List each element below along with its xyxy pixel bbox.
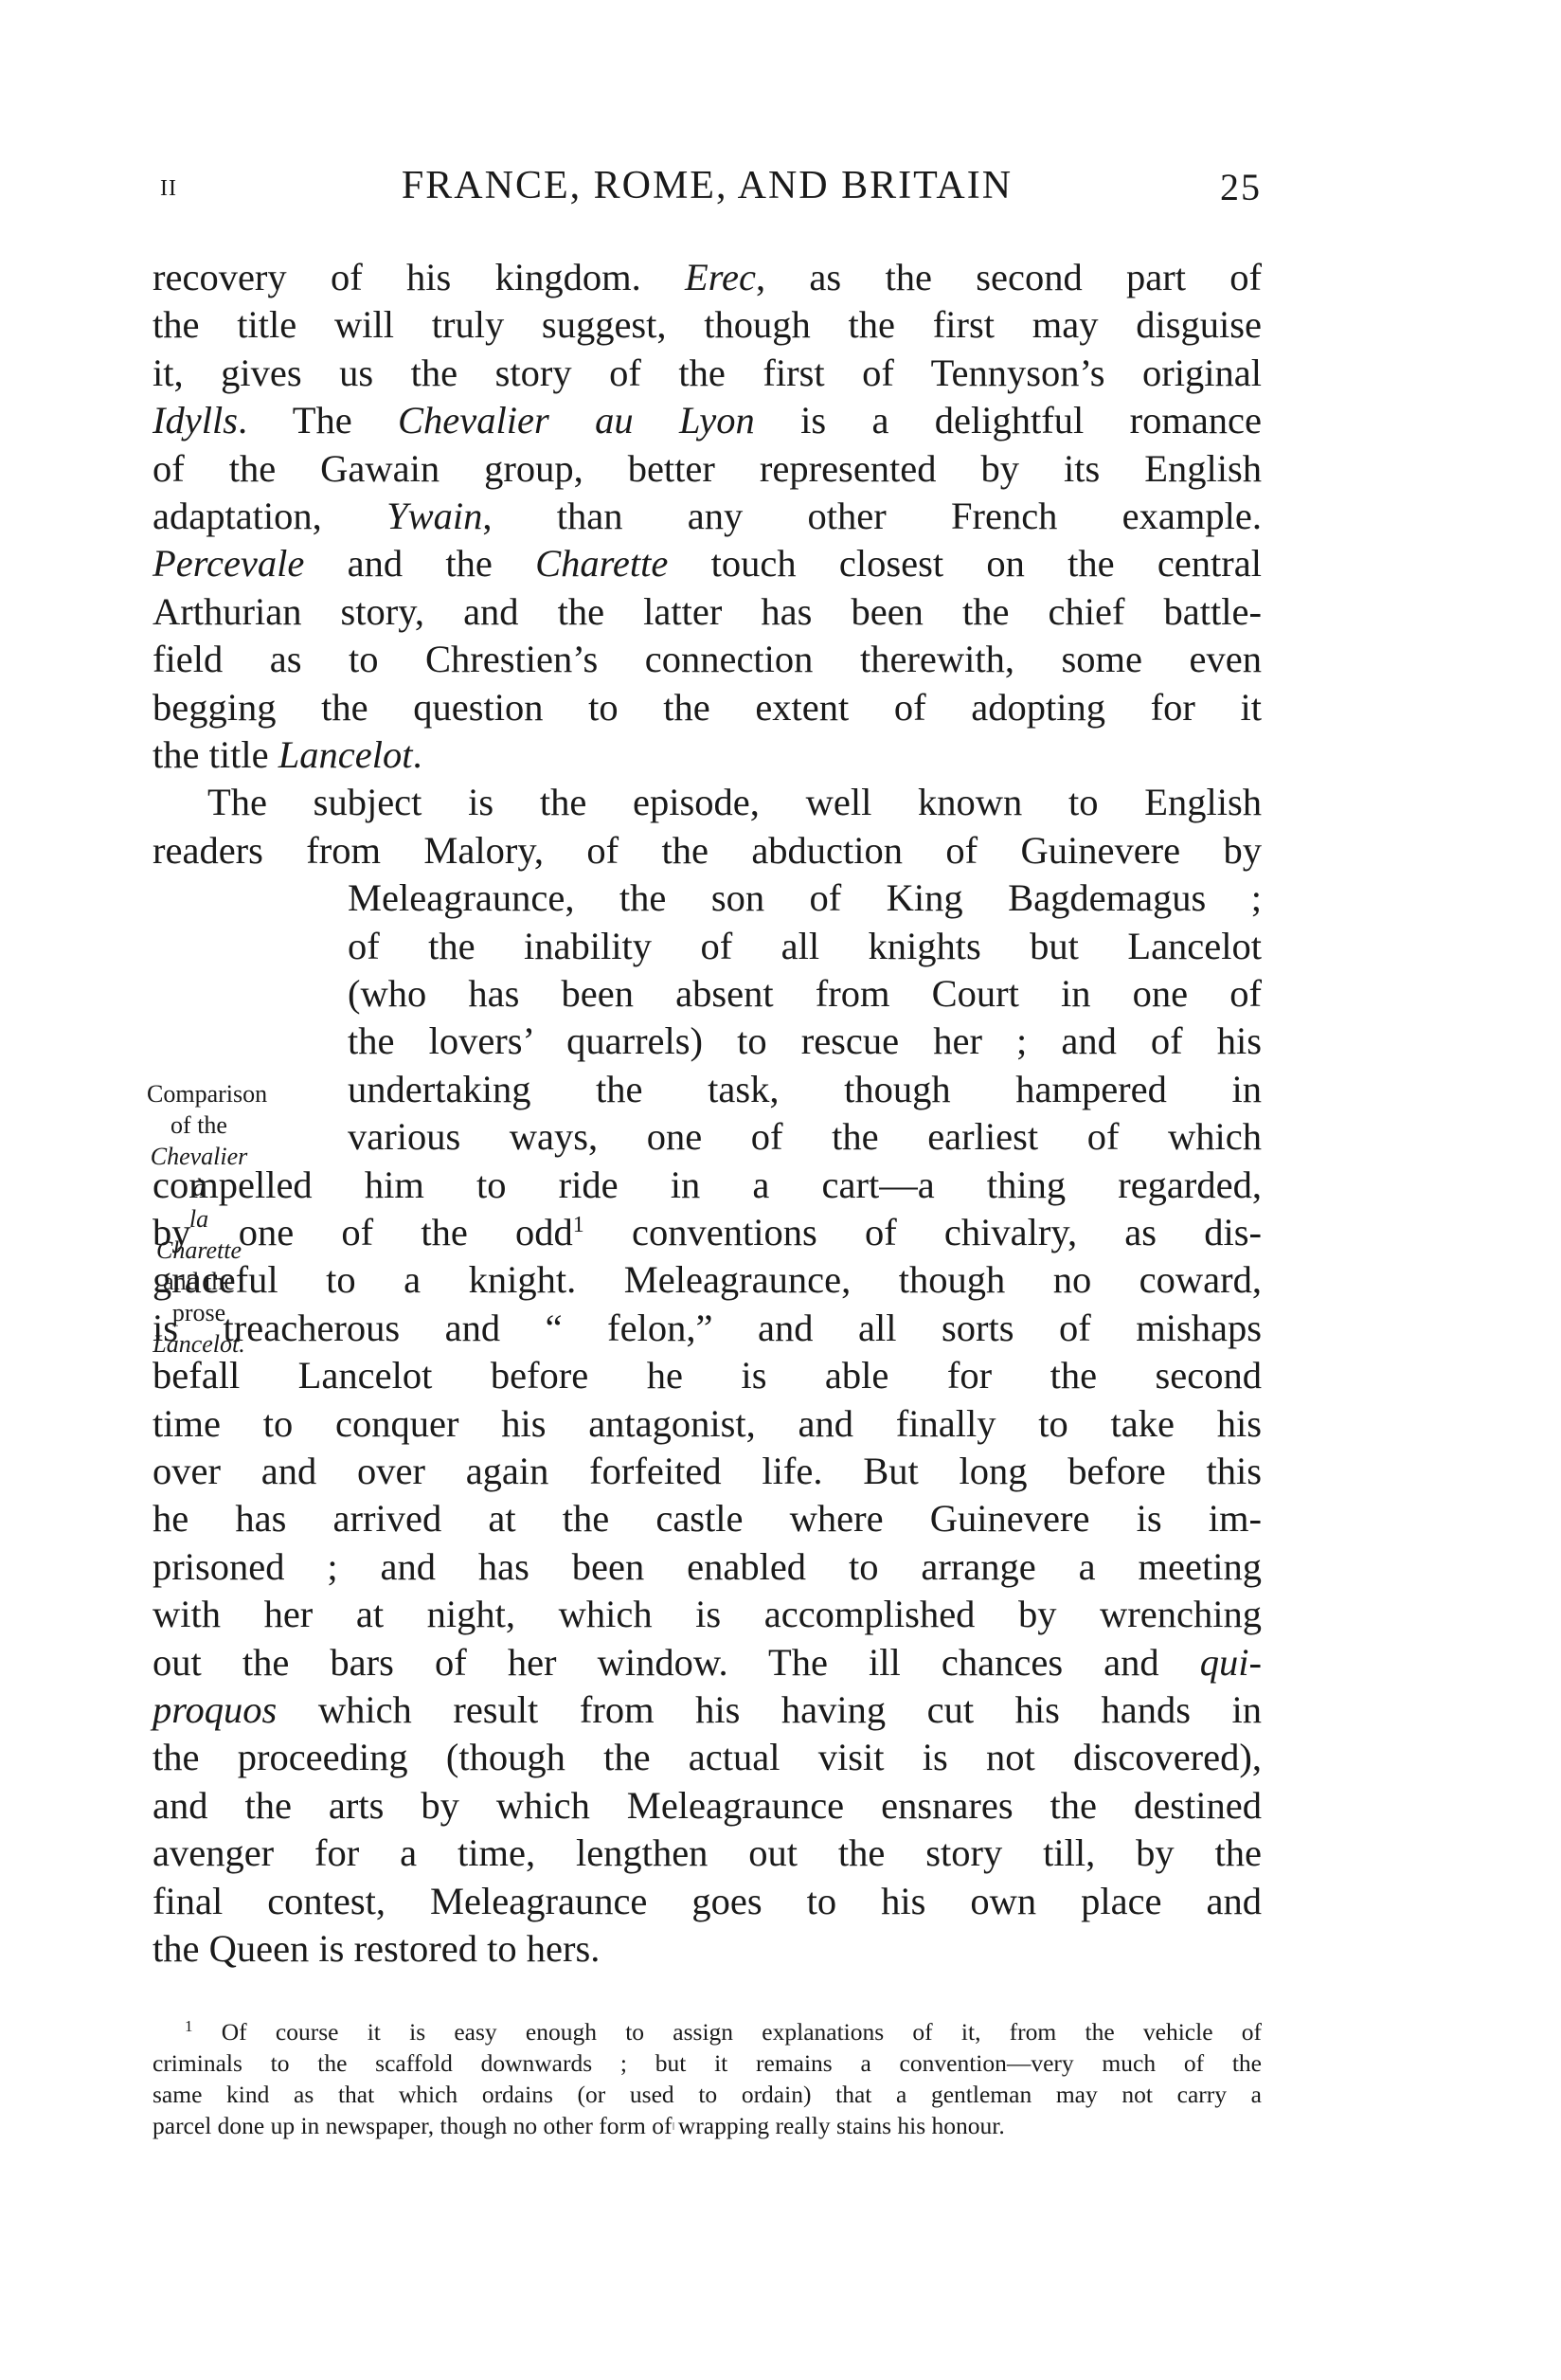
text-line: prisoned ; and has been enabled to arran… [153,1543,1262,1591]
text-run: which result from his having cut his han… [277,1688,1262,1731]
print-speck [673,2122,674,2130]
text-run: avenger for a time, lengthen out the sto… [153,1831,1262,1874]
text-line: the title Lancelot. [153,731,1262,779]
text-run: prisoned ; and has been enabled to arran… [153,1545,1262,1588]
text-run: undertaking the task, though hampered in [348,1068,1262,1110]
text-run: and the arts by which Meleagraunce ensna… [153,1784,1262,1827]
text-line: Idylls. The Chevalier au Lyon is a delig… [153,397,1262,444]
text-run: and the [304,542,535,585]
running-title: FRANCE, ROME, AND BRITAIN [153,163,1262,208]
italic-title: Chevalier au Lyon [398,399,755,442]
text-line: befall Lancelot before he is able for th… [153,1352,1262,1399]
text-line: proquos which result from his having cut… [153,1686,1262,1734]
text-run: befall Lancelot before he is able for th… [153,1354,1262,1397]
text-run: final contest, Meleagraunce goes to his … [153,1880,1262,1922]
text-line: he has arrived at the castle where Guine… [153,1495,1262,1542]
text-line: final contest, Meleagraunce goes to his … [153,1878,1262,1925]
text-run: readers from Malory, of the abduction of… [153,829,1262,872]
text-line: and the arts by which Meleagraunce ensna… [153,1782,1262,1830]
text-line: readers from Malory, of the abduction of… [153,827,1262,874]
text-run: . The [238,399,398,442]
text-run: field as to Chrestien’s connection there… [153,638,1262,680]
text-line: adaptation, Ywain, than any other French… [153,493,1262,540]
footnote-line: criminals to the scaffold downwards ; bu… [153,2047,1262,2079]
text-run: with her at night, which is accomplished… [153,1593,1262,1635]
running-head: II FRANCE, ROME, AND BRITAIN 25 [153,163,1262,210]
text-run: the title will truly suggest, though the… [153,303,1262,346]
footnote-line: same kind as that which ordains (or used… [153,2079,1262,2110]
text-line: recovery of his kingdom. Erec, as the se… [153,254,1262,301]
text-run: compelled him to ride in a cart—a thing … [153,1163,1262,1206]
text-line: with her at night, which is accomplished… [153,1591,1262,1638]
text-line: field as to Chrestien’s connection there… [153,636,1262,683]
text-run: , as the second part of [756,256,1262,298]
text-run: graceful to a knight. Meleagraunce, thou… [153,1258,1262,1301]
italic-title: Lancelot [278,733,413,776]
text-line: compelled him to ride in a cart—a thing … [153,1162,1262,1209]
text-line: time to conquer his antagonist, and fina… [153,1400,1262,1448]
text-run: begging the question to the extent of ad… [153,686,1262,729]
text-line: is treacherous and “ felon,” and all sor… [153,1305,1262,1352]
text-run: it, gives us the story of the first of T… [153,352,1262,394]
italic-title: qui- [1200,1641,1262,1684]
text-line: of the inability of all knights but Lanc… [348,923,1262,970]
page-number: 25 [1220,165,1262,209]
text-line: graceful to a knight. Meleagraunce, thou… [153,1256,1262,1304]
text-run: the title [153,733,278,776]
text-run: of the Gawain group, better represented … [153,447,1262,490]
margin-note: Comparisonof theChevalier àla Charettean… [147,1078,251,1360]
text-run: touch closest on the central [668,542,1262,585]
italic-title: Ywain [386,495,482,537]
text-run: out the bars of her window. The ill chan… [153,1641,1200,1684]
text-run: conventions of chivalry, as dis- [584,1211,1262,1253]
text-run: the proceeding (though the actual visit … [153,1736,1262,1778]
text-run: over and over again forfeited life. But … [153,1450,1262,1492]
text-line: the lovers’ quarrels) to rescue her ; an… [348,1018,1262,1065]
text-run: the Queen is restored to hers. [153,1927,600,1970]
text-line: by one of the odd1 conventions of chival… [153,1209,1262,1256]
text-line: the proceeding (though the actual visit … [153,1734,1262,1781]
text-run: various ways, one of the earliest of whi… [348,1115,1262,1158]
text-run: Arthurian story, and the latter has been… [153,590,1262,633]
text-line: the Queen is restored to hers. [153,1925,1262,1973]
text-line: various ways, one of the earliest of whi… [348,1113,1262,1161]
italic-title: Charette [535,542,668,585]
text-line: it, gives us the story of the first of T… [153,350,1262,397]
margin-note-line: of the [147,1109,251,1141]
text-run: (who has been absent from Court in one o… [348,972,1262,1015]
text-line: the title will truly suggest, though the… [153,301,1262,349]
text-line: avenger for a time, lengthen out the sto… [153,1830,1262,1877]
margin-note-line: Comparison [147,1078,251,1109]
text-line: Percevale and the Charette touch closest… [153,540,1262,587]
margin-note-line: Lancelot. [147,1328,251,1360]
margin-note-line: Chevalier à [147,1141,251,1203]
text-run: The subject is the episode, well known t… [207,781,1262,823]
text-line: Arthurian story, and the latter has been… [153,588,1262,636]
footnote-line: parcel done up in newspaper, though no o… [153,2110,1262,2141]
text-run: time to conquer his antagonist, and fina… [153,1402,1262,1445]
text-line: Meleagraunce, the son of King Bagdemagus… [348,874,1262,922]
footnote-line: 1 Of course it is easy enough to assign … [153,2016,1262,2047]
text-run: , than any other French example. [482,495,1262,537]
text-line: undertaking the task, though hampered in [348,1066,1262,1113]
text-run: Meleagraunce, the son of King Bagdemagus… [348,876,1262,919]
text-run: he has arrived at the castle where Guine… [153,1497,1262,1540]
text-run: the lovers’ quarrels) to rescue her ; an… [348,1019,1262,1062]
italic-title: Percevale [153,542,304,585]
footnote-marker: 1 [185,2017,193,2035]
italic-title: Erec [685,256,756,298]
text-run: of the inability of all knights but Lanc… [348,925,1262,967]
text-line: of the Gawain group, better represented … [153,445,1262,493]
text-run: . [412,733,422,776]
text-line: begging the question to the extent of ad… [153,684,1262,731]
text-run: adaptation, [153,495,386,537]
italic-title: Idylls [153,399,238,442]
margin-note-line: la Charette [147,1203,251,1266]
text-line: (who has been absent from Court in one o… [348,970,1262,1018]
text-run: is treacherous and “ felon,” and all sor… [153,1307,1262,1349]
footnote-ref: 1 [573,1213,584,1237]
text-run: recovery of his kingdom. [153,256,685,298]
text-line: The subject is the episode, well known t… [153,779,1262,826]
margin-note-line: and the [147,1266,251,1297]
text-run: is a delightful romance [755,399,1262,442]
text-line: out the bars of her window. The ill chan… [153,1639,1262,1686]
text-line: over and over again forfeited life. But … [153,1448,1262,1495]
italic-title: proquos [153,1688,277,1731]
margin-note-line: prose [147,1297,251,1328]
